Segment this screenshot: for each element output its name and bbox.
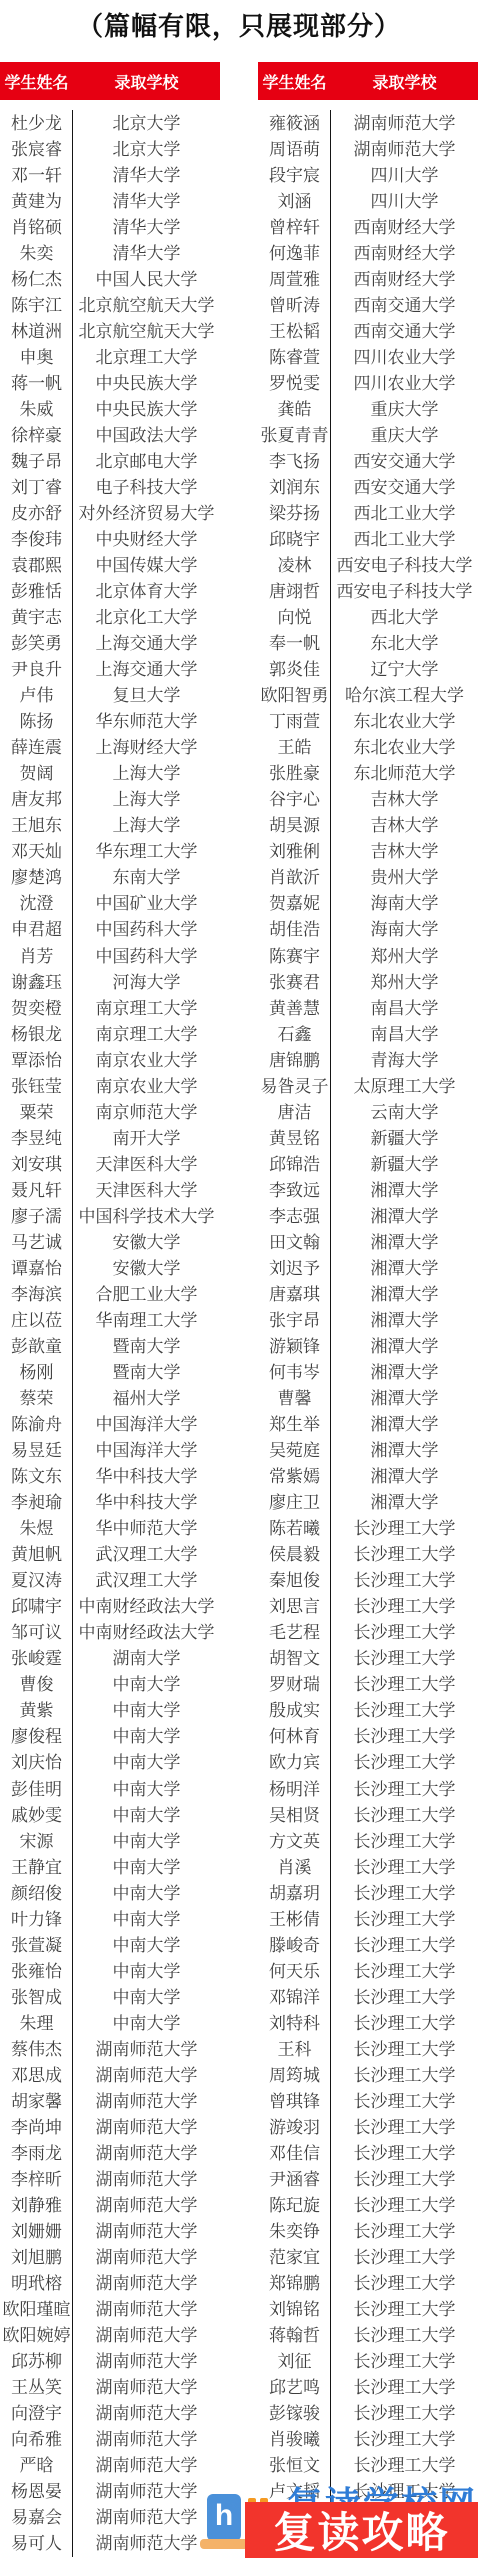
school-cell: 南开大学 (73, 1130, 220, 1147)
school-cell: 中南大学 (73, 1989, 220, 2006)
school-cell: 长沙理工大学 (331, 2431, 478, 2448)
school-cell: 长沙理工大学 (331, 1937, 478, 1954)
student-name-cell: 范家宜 (258, 2249, 331, 2266)
table-row: 殷成实长沙理工大学 (258, 1698, 478, 1724)
table-row: 曹馨湘潭大学 (258, 1386, 478, 1412)
school-cell: 清华大学 (73, 245, 220, 262)
school-cell: 湘潭大学 (331, 1442, 478, 1459)
student-name-cell: 张赛君 (258, 974, 331, 991)
table-row: 张恒文长沙理工大学 (258, 2453, 478, 2479)
student-name-cell: 刘姗姗 (0, 2223, 73, 2240)
table-row: 陈宇江北京航空航天大学 (0, 292, 220, 318)
table-row: 唐嘉琪湘潭大学 (258, 1281, 478, 1307)
student-name-cell: 薛连震 (0, 739, 73, 756)
student-name-cell: 罗财瑞 (258, 1676, 331, 1693)
student-name-cell: 唐翊哲 (258, 583, 331, 600)
student-name-cell: 唐锦鹏 (258, 1052, 331, 1069)
school-cell: 长沙理工大学 (331, 2275, 478, 2292)
school-cell: 西南财经大学 (331, 271, 478, 288)
table-row: 刘庆怡中南大学 (0, 1750, 220, 1776)
table-row: 张赛君郑州大学 (258, 969, 478, 995)
student-name-cell: 陈文东 (0, 1468, 73, 1485)
school-cell: 中国政法大学 (73, 427, 220, 444)
table-row: 沈澄中国矿业大学 (0, 891, 220, 917)
student-name-cell: 廖子濡 (0, 1208, 73, 1225)
admitted-school-header: 录取学校 (331, 70, 478, 93)
student-name-cell: 郑生举 (258, 1416, 331, 1433)
school-cell: 东北农业大学 (331, 713, 478, 730)
school-cell: 复旦大学 (73, 687, 220, 704)
school-cell: 湖南师范大学 (73, 2197, 220, 2214)
student-name-cell: 庄以莅 (0, 1312, 73, 1329)
table-row: 刘涵四川大学 (258, 188, 478, 214)
student-name-cell: 卢伟 (0, 687, 73, 704)
student-name-cell: 马艺诚 (0, 1234, 73, 1251)
table-row: 王静宜中南大学 (0, 1854, 220, 1880)
student-name-cell: 邱锦浩 (258, 1156, 331, 1173)
table-row: 雍筱涵湖南师范大学 (258, 110, 478, 136)
student-name-cell: 张夏青青 (258, 427, 331, 444)
student-name-cell: 游颖锋 (258, 1338, 331, 1355)
table-body: 雍筱涵湖南师范大学周语萌湖南师范大学段宇宸四川大学刘涵四川大学曾梓轩西南财经大学… (258, 110, 478, 2505)
logo-base-bar (200, 2539, 250, 2549)
student-name-cell: 李俊玮 (0, 531, 73, 548)
school-cell: 长沙理工大学 (331, 1963, 478, 1980)
school-cell: 上海大学 (73, 765, 220, 782)
school-cell: 长沙理工大学 (331, 1781, 478, 1798)
student-name-cell: 何逸菲 (258, 245, 331, 262)
student-name-cell: 曹俊 (0, 1676, 73, 1693)
student-name-cell: 王旭东 (0, 817, 73, 834)
student-name-cell: 欧力宾 (258, 1754, 331, 1771)
student-name-cell: 李海滨 (0, 1286, 73, 1303)
student-name-cell: 欧阳瑾暄 (0, 2301, 73, 2318)
student-name-cell: 朱煜 (0, 1520, 73, 1537)
student-name-cell: 向澄宇 (0, 2405, 73, 2422)
table-row: 郑锦鹏长沙理工大学 (258, 2271, 478, 2297)
school-cell: 中南大学 (73, 1911, 220, 1928)
school-cell: 长沙理工大学 (331, 2353, 478, 2370)
student-name-cell: 易嘉会 (0, 2509, 73, 2526)
school-cell: 西南交通大学 (331, 297, 478, 314)
school-cell: 中国传媒大学 (73, 557, 220, 574)
table-row: 彭雅恬北京体育大学 (0, 579, 220, 605)
school-cell: 北京邮电大学 (73, 453, 220, 470)
school-cell: 中南财经政法大学 (73, 1598, 220, 1615)
student-name-cell: 张雍怡 (0, 1963, 73, 1980)
student-name-cell: 黄善慧 (258, 1000, 331, 1017)
table-row: 刘雅俐吉林大学 (258, 839, 478, 865)
admitted-school-header: 录取学校 (73, 70, 220, 93)
student-name-cell: 段宇宸 (258, 167, 331, 184)
school-cell: 上海交通大学 (73, 635, 220, 652)
table-row: 申奥北京理工大学 (0, 344, 220, 370)
student-name-cell: 廖俊程 (0, 1728, 73, 1745)
table-row: 尹涵睿长沙理工大学 (258, 2166, 478, 2192)
school-cell: 海南大学 (331, 895, 478, 912)
table-row: 朱威中央民族大学 (0, 396, 220, 422)
table-row: 郭炎佳辽宁大学 (258, 657, 478, 683)
table-row: 胡智文长沙理工大学 (258, 1646, 478, 1672)
student-name-cell: 肖铭硕 (0, 219, 73, 236)
student-name-cell: 尹涵睿 (258, 2171, 331, 2188)
student-name-cell: 胡佳浩 (258, 921, 331, 938)
student-name-header: 学生姓名 (0, 70, 73, 93)
table-row: 明玳榕湖南师范大学 (0, 2271, 220, 2297)
table-row: 向希雅湖南师范大学 (0, 2427, 220, 2453)
student-name-cell: 雍筱涵 (258, 115, 331, 132)
school-cell: 重庆大学 (331, 401, 478, 418)
student-name-cell: 毛艺程 (258, 1624, 331, 1641)
student-name-cell: 周语萌 (258, 141, 331, 158)
table-row: 杨刚暨南大学 (0, 1360, 220, 1386)
school-cell: 华中师范大学 (73, 1520, 220, 1537)
table-row: 曾梓轩西南财经大学 (258, 214, 478, 240)
school-cell: 湘潭大学 (331, 1416, 478, 1433)
table-row: 肖骏曦长沙理工大学 (258, 2427, 478, 2453)
school-cell: 湘潭大学 (331, 1338, 478, 1355)
student-name-cell: 张恒文 (258, 2457, 331, 2474)
table-row: 吴菀庭湘潭大学 (258, 1438, 478, 1464)
school-cell: 长沙理工大学 (331, 1885, 478, 1902)
student-name-cell: 唐洁 (258, 1104, 331, 1121)
student-name-cell: 刘特科 (258, 2015, 331, 2032)
table-row: 王皓东北农业大学 (258, 735, 478, 761)
student-name-cell: 张峻霆 (0, 1650, 73, 1667)
table-row: 常紫嫣湘潭大学 (258, 1464, 478, 1490)
student-name-cell: 凌林 (258, 557, 331, 574)
table-row: 王彬倩长沙理工大学 (258, 1906, 478, 1932)
school-cell: 长沙理工大学 (331, 1572, 478, 1589)
student-name-cell: 杨明洋 (258, 1781, 331, 1798)
school-cell: 四川农业大学 (331, 375, 478, 392)
student-name-cell: 邓天灿 (0, 843, 73, 860)
table-row: 刘迟予湘潭大学 (258, 1255, 478, 1281)
student-name-cell: 杨刚 (0, 1364, 73, 1381)
table-row: 叶力锋中南大学 (0, 1906, 220, 1932)
student-name-cell: 邹可议 (0, 1624, 73, 1641)
school-cell: 西安交通大学 (331, 453, 478, 470)
student-name-cell: 李尚坤 (0, 2119, 73, 2136)
student-name-cell: 朱奕 (0, 245, 73, 262)
school-cell: 清华大学 (73, 193, 220, 210)
student-name-cell: 秦旭俊 (258, 1572, 331, 1589)
table-row: 肖芳中国药科大学 (0, 943, 220, 969)
table-row: 易昝灵子太原理工大学 (258, 1073, 478, 1099)
school-cell: 长沙理工大学 (331, 2067, 478, 2084)
school-cell: 中南大学 (73, 1885, 220, 1902)
student-name-cell: 刘静雅 (0, 2197, 73, 2214)
student-name-cell: 皮亦舒 (0, 505, 73, 522)
student-name-cell: 邱苏柳 (0, 2353, 73, 2370)
school-cell: 中国药科大学 (73, 948, 220, 965)
table-row: 毛艺程长沙理工大学 (258, 1620, 478, 1646)
student-name-cell: 张萱凝 (0, 1937, 73, 1954)
school-cell: 长沙理工大学 (331, 1520, 478, 1537)
table-row: 何天乐长沙理工大学 (258, 1958, 478, 1984)
student-name-cell: 彭歆童 (0, 1338, 73, 1355)
school-cell: 哈尔滨工程大学 (331, 687, 478, 704)
student-name-cell: 郑锦鹏 (258, 2275, 331, 2292)
school-cell: 新疆大学 (331, 1156, 478, 1173)
table-row: 黄善慧南昌大学 (258, 995, 478, 1021)
table-row: 张宸睿北京大学 (0, 136, 220, 162)
school-cell: 湖南师范大学 (331, 141, 478, 158)
school-cell: 长沙理工大学 (331, 1676, 478, 1693)
table-row: 蒋翰哲长沙理工大学 (258, 2323, 478, 2349)
table-row: 黄宇志北京化工大学 (0, 605, 220, 631)
student-name-cell: 朱理 (0, 2015, 73, 2032)
table-row: 周语萌湖南师范大学 (258, 136, 478, 162)
student-name-cell: 石鑫 (258, 1026, 331, 1043)
school-cell: 西安电子科技大学 (331, 583, 478, 600)
table-row: 曹俊中南大学 (0, 1672, 220, 1698)
school-cell: 贵州大学 (331, 869, 478, 886)
student-name-cell: 胡家馨 (0, 2093, 73, 2110)
table-row: 刘旭鹏湖南师范大学 (0, 2245, 220, 2271)
student-name-cell: 邓一轩 (0, 167, 73, 184)
table-row: 朱理中南大学 (0, 2010, 220, 2036)
student-name-cell: 贺阔 (0, 765, 73, 782)
school-cell: 长沙理工大学 (331, 2223, 478, 2240)
table-row: 李尚坤湖南师范大学 (0, 2114, 220, 2140)
table-row: 聂凡轩天津医科大学 (0, 1177, 220, 1203)
table-row: 周萱雅西南财经大学 (258, 266, 478, 292)
student-name-cell: 刘迟予 (258, 1260, 331, 1277)
school-cell: 长沙理工大学 (331, 2119, 478, 2136)
student-name-cell: 邓佳信 (258, 2145, 331, 2162)
table-row: 石鑫南昌大学 (258, 1021, 478, 1047)
table-row: 张智成中南大学 (0, 1984, 220, 2010)
student-name-cell: 常紫嫣 (258, 1468, 331, 1485)
school-cell: 天津医科大学 (73, 1182, 220, 1199)
student-name-cell: 李雨龙 (0, 2145, 73, 2162)
school-cell: 东北农业大学 (331, 739, 478, 756)
school-cell: 对外经济贸易大学 (73, 505, 220, 522)
student-name-cell: 邱啸宇 (0, 1598, 73, 1615)
table-row: 张雍怡中南大学 (0, 1958, 220, 1984)
table-row: 林道洲北京航空航天大学 (0, 318, 220, 344)
student-name-cell: 侯晨毅 (258, 1546, 331, 1563)
school-cell: 湖南师范大学 (73, 2483, 220, 2500)
table-row: 胡佳浩海南大学 (258, 917, 478, 943)
table-row: 张宇昂湘潭大学 (258, 1307, 478, 1333)
student-name-cell: 殷成实 (258, 1702, 331, 1719)
school-cell: 四川大学 (331, 193, 478, 210)
student-name-cell: 肖骏曦 (258, 2431, 331, 2448)
table-row: 何韦岑湘潭大学 (258, 1360, 478, 1386)
table-row: 刘征长沙理工大学 (258, 2349, 478, 2375)
table-row: 欧阳智勇哈尔滨工程大学 (258, 683, 478, 709)
school-cell: 南京理工大学 (73, 1026, 220, 1043)
school-cell: 中央民族大学 (73, 401, 220, 418)
table-row: 邓思成湖南师范大学 (0, 2062, 220, 2088)
school-cell: 湖南师范大学 (331, 115, 478, 132)
school-cell: 长沙理工大学 (331, 1546, 478, 1563)
table-row: 皮亦舒对外经济贸易大学 (0, 500, 220, 526)
school-cell: 西北工业大学 (331, 505, 478, 522)
student-name-cell: 廖庄卫 (258, 1494, 331, 1511)
school-cell: 中南大学 (73, 1781, 220, 1798)
school-cell: 中南大学 (73, 1807, 220, 1824)
school-cell: 太原理工大学 (331, 1078, 478, 1095)
table-row: 邓天灿华东理工大学 (0, 839, 220, 865)
student-name-cell: 陈宇江 (0, 297, 73, 314)
school-cell: 长沙理工大学 (331, 2379, 478, 2396)
table-row: 庄以莅华南理工大学 (0, 1307, 220, 1333)
table-row: 陈若曦长沙理工大学 (258, 1516, 478, 1542)
school-cell: 华东师范大学 (73, 713, 220, 730)
student-name-cell: 刘锦铭 (258, 2301, 331, 2318)
table-row: 郑生举湘潭大学 (258, 1412, 478, 1438)
school-cell: 北京化工大学 (73, 609, 220, 626)
student-name-cell: 邱艺鸣 (258, 2379, 331, 2396)
student-name-cell: 邓锦洋 (258, 1989, 331, 2006)
school-cell: 吉林大学 (331, 817, 478, 834)
table-row: 彭佳明中南大学 (0, 1776, 220, 1802)
school-cell: 南京师范大学 (73, 1104, 220, 1121)
table-row: 朱奕铮长沙理工大学 (258, 2219, 478, 2245)
school-cell: 长沙理工大学 (331, 2093, 478, 2110)
table-row: 胡家馨湖南师范大学 (0, 2088, 220, 2114)
table-row: 谭嘉怡安徽大学 (0, 1255, 220, 1281)
school-cell: 湖南师范大学 (73, 2249, 220, 2266)
student-name-cell: 陈若曦 (258, 1520, 331, 1537)
table-body: 杜少龙北京大学张宸睿北京大学邓一轩清华大学黄建为清华大学肖铭硕清华大学朱奕清华大… (0, 110, 220, 2557)
student-name-cell: 李梓昕 (0, 2171, 73, 2188)
school-cell: 长沙理工大学 (331, 2327, 478, 2344)
school-cell: 南昌大学 (331, 1000, 478, 1017)
table-header: 学生姓名 录取学校 (0, 62, 220, 100)
school-cell: 长沙理工大学 (331, 2171, 478, 2188)
table-row: 宋源中南大学 (0, 1828, 220, 1854)
school-cell: 湖南师范大学 (73, 2535, 220, 2552)
column-divider-line (330, 110, 331, 2505)
school-cell: 武汉理工大学 (73, 1546, 220, 1563)
school-cell: 湖南师范大学 (73, 2431, 220, 2448)
student-name-header: 学生姓名 (258, 70, 331, 93)
student-name-cell: 刘旭鹏 (0, 2249, 73, 2266)
school-cell: 南昌大学 (331, 1026, 478, 1043)
table-row: 黄紫中南大学 (0, 1698, 220, 1724)
school-cell: 长沙理工大学 (331, 2145, 478, 2162)
table-row: 向澄宇湖南师范大学 (0, 2401, 220, 2427)
school-cell: 上海财经大学 (73, 739, 220, 756)
school-cell: 西北大学 (331, 609, 478, 626)
student-name-cell: 张宸睿 (0, 141, 73, 158)
school-cell: 长沙理工大学 (331, 1911, 478, 1928)
school-cell: 中南大学 (73, 1833, 220, 1850)
school-cell: 华中科技大学 (73, 1468, 220, 1485)
table-row: 严晗湖南师范大学 (0, 2453, 220, 2479)
student-name-cell: 张胜豪 (258, 765, 331, 782)
student-name-cell: 唐嘉琪 (258, 1286, 331, 1303)
table-row: 李俊玮中央财经大学 (0, 527, 220, 553)
student-name-cell: 吴相贤 (258, 1807, 331, 1824)
student-name-cell: 王科 (258, 2041, 331, 2058)
school-cell: 北京体育大学 (73, 583, 220, 600)
table-row: 朱奕清华大学 (0, 240, 220, 266)
school-cell: 电子科技大学 (73, 479, 220, 496)
school-cell: 湖南师范大学 (73, 2379, 220, 2396)
school-cell: 湖南师范大学 (73, 2509, 220, 2526)
school-cell: 西北工业大学 (331, 531, 478, 548)
student-name-cell: 贺奕橙 (0, 1000, 73, 1017)
student-name-cell: 宋源 (0, 1833, 73, 1850)
school-cell: 武汉理工大学 (73, 1572, 220, 1589)
student-name-cell: 尹良升 (0, 661, 73, 678)
table-row: 范家宜长沙理工大学 (258, 2245, 478, 2271)
school-cell: 北京理工大学 (73, 349, 220, 366)
table-row: 陈睿萱四川农业大学 (258, 344, 478, 370)
school-cell: 中国海洋大学 (73, 1442, 220, 1459)
student-name-cell: 吴菀庭 (258, 1442, 331, 1459)
student-name-cell: 胡嘉玥 (258, 1885, 331, 1902)
school-cell: 中国矿业大学 (73, 895, 220, 912)
student-name-cell: 贺嘉妮 (258, 895, 331, 912)
student-name-cell: 易昱廷 (0, 1442, 73, 1459)
school-cell: 中南大学 (73, 2015, 220, 2032)
student-name-cell: 邓思成 (0, 2067, 73, 2084)
table-row: 蔡荣福州大学 (0, 1386, 220, 1412)
school-cell: 湖南大学 (73, 1650, 220, 1667)
student-name-cell: 林道洲 (0, 323, 73, 340)
table-row: 肖铭硕清华大学 (0, 214, 220, 240)
school-cell: 合肥工业大学 (73, 1286, 220, 1303)
school-cell: 南京农业大学 (73, 1052, 220, 1069)
student-name-cell: 游竣羽 (258, 2119, 331, 2136)
table-row: 彭歆童暨南大学 (0, 1333, 220, 1359)
table-row: 杨银龙南京理工大学 (0, 1021, 220, 1047)
school-cell: 湖南师范大学 (73, 2145, 220, 2162)
table-row: 邓锦洋长沙理工大学 (258, 1984, 478, 2010)
table-row: 奉一帆东北大学 (258, 631, 478, 657)
school-cell: 湘潭大学 (331, 1364, 478, 1381)
student-name-cell: 陈渝舟 (0, 1416, 73, 1433)
student-name-cell: 胡智文 (258, 1650, 331, 1667)
student-name-cell: 沈澄 (0, 895, 73, 912)
student-name-cell: 明玳榕 (0, 2275, 73, 2292)
school-cell: 湘潭大学 (331, 1312, 478, 1329)
school-cell: 西南交通大学 (331, 323, 478, 340)
school-cell: 长沙理工大学 (331, 2457, 478, 2474)
table-row: 欧阳瑾暄湖南师范大学 (0, 2297, 220, 2323)
table-row: 刘特科长沙理工大学 (258, 2010, 478, 2036)
student-name-cell: 蔡荣 (0, 1390, 73, 1407)
table-row: 唐友邦上海大学 (0, 787, 220, 813)
school-cell: 四川大学 (331, 167, 478, 184)
table-row: 欧力宾长沙理工大学 (258, 1750, 478, 1776)
student-name-cell: 颜绍俊 (0, 1885, 73, 1902)
page-title: （篇幅有限，只展现部分） (0, 6, 478, 43)
table-row: 邓佳信长沙理工大学 (258, 2140, 478, 2166)
table-row: 夏汉涛武汉理工大学 (0, 1568, 220, 1594)
school-cell: 中南大学 (73, 1754, 220, 1771)
student-name-cell: 易可人 (0, 2535, 73, 2552)
student-name-cell: 申奥 (0, 349, 73, 366)
table-row: 申君超中国药科大学 (0, 917, 220, 943)
table-row: 刘思言长沙理工大学 (258, 1594, 478, 1620)
table-row: 李昱纯南开大学 (0, 1125, 220, 1151)
school-cell: 西安电子科技大学 (331, 557, 478, 574)
table-row: 马艺诚安徽大学 (0, 1229, 220, 1255)
student-name-cell: 刘思言 (258, 1598, 331, 1615)
student-name-cell: 戚妙雯 (0, 1807, 73, 1824)
school-cell: 长沙理工大学 (331, 1989, 478, 2006)
school-cell: 郑州大学 (331, 948, 478, 965)
table-row: 何林育长沙理工大学 (258, 1724, 478, 1750)
table-row: 刘姗姗湖南师范大学 (0, 2219, 220, 2245)
